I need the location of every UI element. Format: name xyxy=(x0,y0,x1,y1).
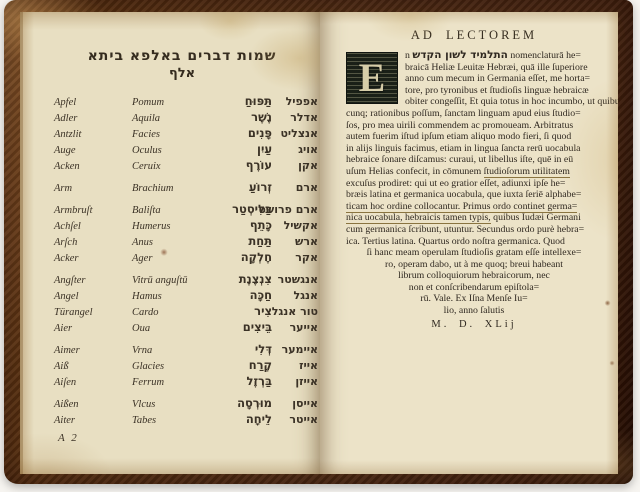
yiddish-word: אנצליט xyxy=(272,127,318,140)
german-word: Aiter xyxy=(54,415,132,426)
right-page: AD LECTOREM E n התלמיד לשון הקדש nomencl… xyxy=(320,12,618,474)
colophon-line: non et conſcribendarum epiſtola= xyxy=(346,282,602,294)
table-row: Türangel Cardo צִיר טור אנגל xyxy=(20,304,320,320)
table-row: Apfel Pomum תַּפּוּחַ אפפיל xyxy=(20,94,320,110)
german-word: Arſch xyxy=(54,237,132,248)
german-word: Armbruſt xyxy=(54,205,132,216)
line-pre: cunq; rationibus poſſum, ſanctam linguam… xyxy=(346,108,581,119)
open-pages: שמות דברים באלפא ביתא אלף Apfel Pomum תַ… xyxy=(20,12,618,474)
latin-word: Baliſta xyxy=(132,205,218,216)
line-pre: ſos, pro mea uirili commendem ac promoue… xyxy=(346,120,573,131)
yiddish-word: ארם xyxy=(272,181,318,194)
preface-line: cunq; rationibus poſſum, ſanctam linguam… xyxy=(346,108,602,120)
table-row: Adler Aquila נֶשֶׁר אדלר xyxy=(20,110,320,126)
line-pre: autem fuerim iſtud ipſum etiam aliquo mo… xyxy=(346,131,571,142)
latin-word: Vitrū anguſtū xyxy=(132,275,218,286)
latin-word: Humerus xyxy=(132,221,218,232)
german-word: Angel xyxy=(54,291,132,302)
yiddish-word: אייז xyxy=(272,359,318,372)
yiddish-word: טור אנגל xyxy=(272,305,318,318)
german-word: Angſter xyxy=(54,275,132,286)
colophon-line: ro, operam dabo, ut à me quoq; breui hab… xyxy=(346,259,602,271)
hebrew-word: קֶרַח xyxy=(218,358,272,372)
german-word: Auge xyxy=(54,145,132,156)
latin-word: Pomum xyxy=(132,97,218,108)
yiddish-word: אנגשטר xyxy=(272,273,318,286)
line-post: nomenclaturā he= xyxy=(508,50,581,61)
german-word: Aimer xyxy=(54,345,132,356)
line-pre: in alijs linguis facimus, etiam in lingu… xyxy=(346,143,581,154)
book-photo: שמות דברים באלפא ביתא אלף Apfel Pomum תַ… xyxy=(0,0,640,492)
german-word: Adler xyxy=(54,113,132,124)
line-pre: obiter congeſſit, Et quia totus in hoc i… xyxy=(405,96,618,107)
hebrew-word: בַּרְזֶל xyxy=(218,374,272,388)
table-row: Angſter Vitrū anguſtū צִנְצֶנֶת אנגשטר xyxy=(20,272,320,288)
yiddish-word: אקר xyxy=(272,251,318,264)
yiddish-word: אקשיל xyxy=(272,219,318,232)
hebrew-word: תַּפּוּחַ xyxy=(218,94,272,108)
preface: AD LECTOREM E n התלמיד לשון הקדש nomencl… xyxy=(346,28,602,330)
hebrew-word: כָּתֵף xyxy=(218,218,272,232)
line-pre: excuſus prodiret: qui ut eo gratior eſſe… xyxy=(346,178,565,189)
latin-word: Facies xyxy=(132,129,218,140)
table-row: Angel Hamus חַכָּה אנגל xyxy=(20,288,320,304)
colophon: ſi hanc meam operulam ſtudioſis gratam e… xyxy=(346,247,602,330)
colophon-line: librum colloquiorum hebraicorum, nec xyxy=(346,270,602,282)
hebrew-title-line1: שמות דברים באלפא ביתא xyxy=(32,48,320,64)
yiddish-word: אויג xyxy=(272,143,318,156)
yiddish-word: ארם פרושט xyxy=(272,203,318,216)
german-word: Achſel xyxy=(54,221,132,232)
hebrew-word: דְּלִי xyxy=(218,342,272,356)
hebrew-word: נֶשֶׁר xyxy=(218,110,272,124)
table-row: Acken Ceruix עוֹרֶף אקן xyxy=(20,158,320,174)
latin-word: Hamus xyxy=(132,291,218,302)
latin-word: Ager xyxy=(132,253,218,264)
german-word: Acker xyxy=(54,253,132,264)
hebrew-word: לֵיחָה xyxy=(218,412,272,426)
table-row: Antzlit Facies פָּנִים אנצליט xyxy=(20,126,320,142)
table-row: Auge Oculus עַיִן אויג xyxy=(20,142,320,158)
latin-word: Ferrum xyxy=(132,377,218,388)
preface-line: cum germanica ſcribunt, utuntur. Secundu… xyxy=(346,224,602,236)
yiddish-word: איימער xyxy=(272,343,318,356)
preface-line: nica uocabula, hebraicis tamen typis, qu… xyxy=(346,212,602,224)
line-post: quibus Iudæi Germani xyxy=(491,212,581,223)
german-word: Aier xyxy=(54,323,132,334)
line-pre: bræis latina et germanica uocabula, que … xyxy=(346,189,581,200)
hebrew-word: בֵּיצִים xyxy=(218,320,272,334)
yiddish-word: אייזן xyxy=(272,375,318,388)
table-row: Arſch Anus תַּחַת ארש xyxy=(20,234,320,250)
preface-line: ticam hoc ordine collocantur. Primus ord… xyxy=(346,201,602,213)
preface-text: E n התלמיד לשון הקדש nomenclaturā he= br… xyxy=(346,50,602,330)
yiddish-word: אייטר xyxy=(272,413,318,426)
latin-word: Anus xyxy=(132,237,218,248)
woodcut-initial: E xyxy=(346,52,398,104)
table-row: Aißen Vlcus מוּרְסָה אייסן xyxy=(20,396,320,412)
german-word: Türangel xyxy=(54,307,132,318)
preface-line: uſum Helias confecit, in cōmunem ſtudioſ… xyxy=(346,166,602,178)
german-word: Acken xyxy=(54,161,132,172)
table-row: Arm Brachium זְרוֹעַ ארם xyxy=(20,180,320,196)
line-pre: ica. Tertius latina. Quartus ordo noſtra… xyxy=(346,236,565,247)
hebrew-word: מוּרְסָה xyxy=(218,396,272,410)
hebrew-word: צִנְצֶנֶת xyxy=(218,272,272,286)
table-row: Aier Oua בֵּיצִים אייער xyxy=(20,320,320,336)
hebrew-page-title: שמות דברים באלפא ביתא אלף xyxy=(32,48,320,81)
latin-word: Cardo xyxy=(132,307,218,318)
yiddish-word: אנגל xyxy=(272,289,318,302)
hebrew-word: פָּנִים xyxy=(218,126,272,140)
yiddish-word: אדלר xyxy=(272,111,318,124)
hebrew-word: זְרוֹעַ xyxy=(218,180,272,194)
latin-word: Aquila xyxy=(132,113,218,124)
table-row: Armbruſt Baliſta בַּלִיסְטַר ארם פרושט xyxy=(20,202,320,218)
german-word: Arm xyxy=(54,183,132,194)
line-pre: anno cum mecum in Germania eſſet, me hor… xyxy=(405,73,590,84)
yiddish-word: ארש xyxy=(272,235,318,248)
quire-signature: A 2 xyxy=(58,432,79,444)
table-row: Aiſen Ferrum בַּרְזֶל אייזן xyxy=(20,374,320,390)
latin-word: Tabes xyxy=(132,415,218,426)
colophon-line: lio, anno ſalutis xyxy=(346,305,602,317)
latin-word: Oculus xyxy=(132,145,218,156)
latin-word: Ceruix xyxy=(132,161,218,172)
german-word: Aiß xyxy=(54,361,132,372)
latin-word: Vrna xyxy=(132,345,218,356)
hebrew-title-line2: אלף xyxy=(32,66,320,81)
preface-line: excuſus prodiret: qui ut eo gratior eſſe… xyxy=(346,178,602,190)
table-row: Achſel Humerus כָּתֵף אקשיל xyxy=(20,218,320,234)
yiddish-word: אייער xyxy=(272,321,318,334)
vocabulary-table: Apfel Pomum תַּפּוּחַ אפפיל Adler Aquila… xyxy=(20,94,320,428)
preface-line: bræis latina et germanica uocabula, que … xyxy=(346,189,602,201)
line-pre: braicā Heliæ Leuitæ Hebræi, quā ille ſup… xyxy=(405,62,588,73)
hebrew-word: עוֹרֶף xyxy=(218,158,272,172)
line-pre: tore, pro tyronibus et ſtudioſis linguæ … xyxy=(405,85,589,96)
german-word: Aiſen xyxy=(54,377,132,388)
colophon-line: rū. Vale. Ex Iſna Menſe Iu= xyxy=(346,293,602,305)
hebrew-word: חֶלְקָה xyxy=(218,250,272,264)
latin-word: Vlcus xyxy=(132,399,218,410)
line-pre: hebraice ſonare diſcamus: curaui, ut lib… xyxy=(346,154,573,165)
underlined-text: nica uocabula, hebraicis tamen typis, xyxy=(346,212,491,224)
german-word: Aißen xyxy=(54,399,132,410)
preface-line: ſos, pro mea uirili commendem ac promoue… xyxy=(346,120,602,132)
preface-title: AD LECTOREM xyxy=(346,28,602,43)
colophon-line: M. D. XLij xyxy=(346,319,602,331)
yiddish-word: אייסן xyxy=(272,397,318,410)
table-row: Acker Ager חֶלְקָה אקר xyxy=(20,250,320,266)
hebrew-word: צִיר xyxy=(218,304,272,318)
underlined-text: ticam hoc ordine collocantur. Primus ord… xyxy=(346,201,577,213)
colophon-line: ſi hanc meam operulam ſtudioſis gratam e… xyxy=(346,247,602,259)
german-word: Antzlit xyxy=(54,129,132,140)
latin-word: Brachium xyxy=(132,183,218,194)
preface-line: hebraice ſonare diſcamus: curaui, ut lib… xyxy=(346,154,602,166)
hebrew-word: עַיִן xyxy=(218,142,272,156)
preface-line: autem fuerim iſtud ipſum etiam aliquo mo… xyxy=(346,131,602,143)
left-page: שמות דברים באלפא ביתא אלף Apfel Pomum תַ… xyxy=(20,12,320,474)
yiddish-word: אפפיל xyxy=(272,95,318,108)
hebrew-word: חַכָּה xyxy=(218,288,272,302)
latin-word: Oua xyxy=(132,323,218,334)
yiddish-word: אקן xyxy=(272,159,318,172)
german-word: Apfel xyxy=(54,97,132,108)
line-pre: uſum Helias confecit, in cōmunem xyxy=(346,166,484,177)
table-row: Aiß Glacies קֶרַח אייז xyxy=(20,358,320,374)
preface-line: in alijs linguis facimus, etiam in lingu… xyxy=(346,143,602,155)
latin-word: Glacies xyxy=(132,361,218,372)
table-row: Aimer Vrna דְּלִי איימער xyxy=(20,342,320,358)
preface-line: ica. Tertius latina. Quartus ordo noſtra… xyxy=(346,236,602,248)
hebrew-word: תַּחַת xyxy=(218,234,272,248)
table-row: Aiter Tabes לֵיחָה אייטר xyxy=(20,412,320,428)
hebrew-phrase: התלמיד לשון הקדש xyxy=(412,49,508,61)
underlined-text: ſtudioſorum utilitatem xyxy=(484,166,570,178)
line-pre: cum germanica ſcribunt, utuntur. Secundu… xyxy=(346,224,584,235)
